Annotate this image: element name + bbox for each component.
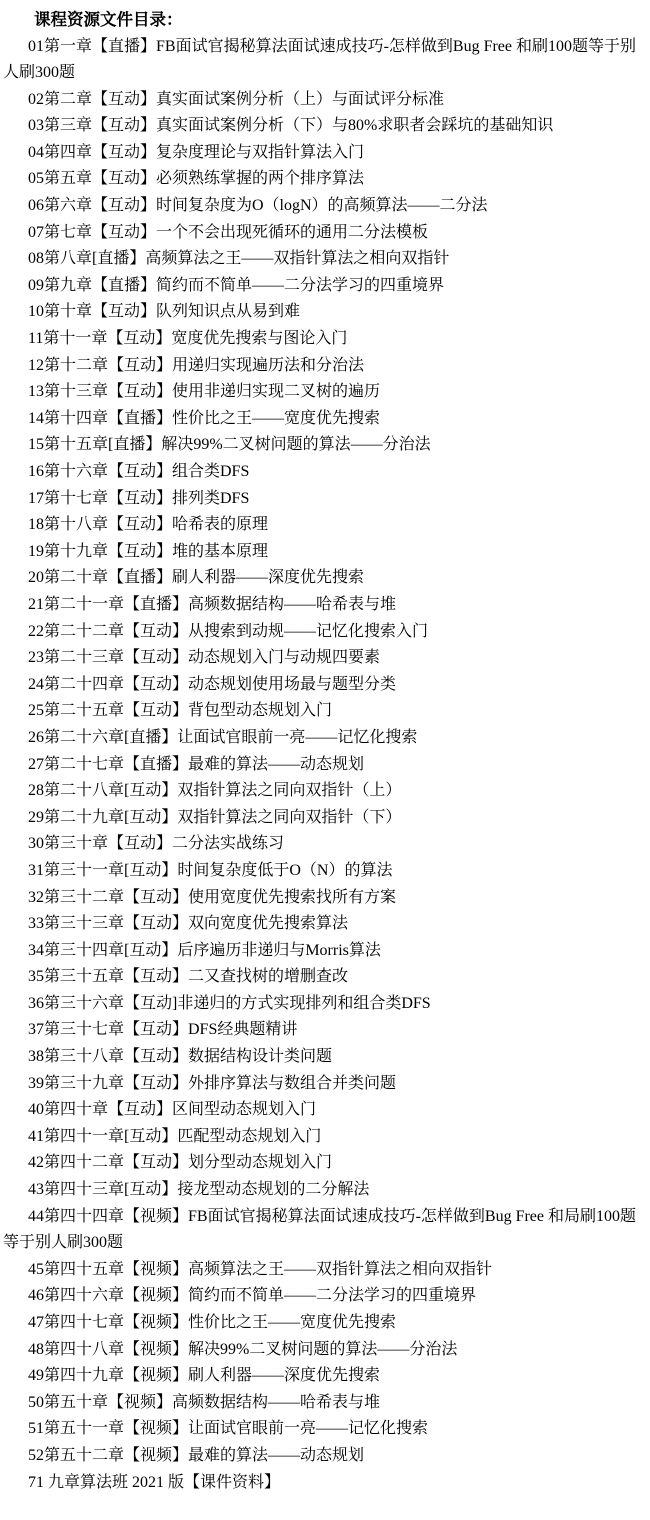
toc-item: 45第四十五章【视频】高频算法之王——双指针算法之相向双指针 [3, 1257, 646, 1284]
toc-item: 32第三十二章【互动】使用宽度优先搜索找所有方案 [3, 885, 646, 912]
toc-item: 14第十四章【直播】性价比之王——宽度优先搜索 [3, 406, 646, 433]
toc-item: 12第十二章【互动】用递归实现遍历法和分治法 [3, 353, 646, 380]
toc-item: 71 九章算法班 2021 版【课件资料】 [3, 1470, 646, 1497]
toc-item: 13第十三章【互动】使用非递归实现二叉树的遍历 [3, 379, 646, 406]
toc-item: 35第三十五章【互动】二又查找树的增删查改 [3, 964, 646, 991]
toc-item: 28第二十八章[互动】双指针算法之同向双指针（上） [3, 778, 646, 805]
toc-item: 17第十七章【互动】排列类DFS [3, 486, 646, 513]
toc-item: 47第四十七章【视频】性价比之王——宽度优先搜索 [3, 1310, 646, 1337]
toc-item: 49第四十九章【视频】刷人利器——深度优先搜索 [3, 1363, 646, 1390]
toc-item: 40第四十章【互动】区间型动态规划入门 [3, 1097, 646, 1124]
toc-item: 07第七章【互动】一个不会出现死循环的通用二分法模板 [3, 220, 646, 247]
toc-item: 50第五十章【视频】高频数据结构——哈希表与堆 [3, 1390, 646, 1417]
toc-item: 37第三十七章【互动】DFS经典题精讲 [3, 1017, 646, 1044]
toc-item: 16第十六章【互动】组合类DFS [3, 459, 646, 486]
toc-item: 19第十九章【互动】堆的基本原理 [3, 539, 646, 566]
toc-item: 08第八章[直播】高频算法之王——双指针算法之相向双指针 [3, 246, 646, 273]
toc-item: 24第二十四章【互动】动态规划使用场最与题型分类 [3, 672, 646, 699]
toc-item: 42第四十二章【互动】划分型动态规划入门 [3, 1150, 646, 1177]
toc-item: 04第四章【互动】复杂度理论与双指针算法入门 [3, 140, 646, 167]
toc-item: 20第二十章【直播】刷人利器——深度优先搜索 [3, 565, 646, 592]
toc-item: 33第三十三章【互动】双向宽度优先搜索算法 [3, 911, 646, 938]
toc-item: 44第四十四章【视频】FB面试官揭秘算法面试速成技巧-怎样做到Bug Free … [3, 1204, 646, 1257]
toc-item: 38第三十八章【互动】数据结构设计类问题 [3, 1044, 646, 1071]
toc-item: 41第四十一章[互动】匹配型动态规划入门 [3, 1124, 646, 1151]
toc-item: 26第二十六章[直播】让面试官眼前一亮——记忆化搜索 [3, 725, 646, 752]
toc-item: 31第三十一章[互动】时间复杂度低于O（N）的算法 [3, 858, 646, 885]
toc-item: 39第三十九章【互动】外排序算法与数组合并类问题 [3, 1071, 646, 1098]
toc-item: 11第十一章【互动】宽度优先搜索与图论入门 [3, 326, 646, 353]
page-title: 课程资源文件目录： [3, 7, 646, 34]
toc-item: 46第四十六章【视频】简约而不简单——二分法学习的四重境界 [3, 1283, 646, 1310]
toc-item: 27第二十七章【直播】最难的算法——动态规划 [3, 752, 646, 779]
toc-item: 25第二十五章【互动】背包型动态规划入门 [3, 698, 646, 725]
toc-item: 02第二章【互动】真实面试案例分析（上）与面试评分标准 [3, 87, 646, 114]
toc-item: 15第十五章[直播】解决99%二叉树问题的算法——分治法 [3, 432, 646, 459]
toc-item: 22第二十二章【互动】从搜索到动规——记忆化搜索入门 [3, 619, 646, 646]
toc-item: 51第五十一章【视频】让面试官眼前一亮——记忆化搜索 [3, 1416, 646, 1443]
toc-item: 29第二十九章[互动】双指针算法之同向双指针（下） [3, 805, 646, 832]
toc-item: 03第三章【互动】真实面试案例分析（下）与80%求职者会踩坑的基础知识 [3, 113, 646, 140]
toc-item: 48第四十八章【视频】解决99%二叉树问题的算法——分治法 [3, 1337, 646, 1364]
toc-item: 43第四十三章[互动】接龙型动态规划的二分解法 [3, 1177, 646, 1204]
toc-item: 23第二十三章【互动】动态规划入门与动规四要素 [3, 645, 646, 672]
toc-item: 30第三十章【互动】二分法实战练习 [3, 831, 646, 858]
toc-item: 34第三十四章[互动】后序遍历非递归与Morris算法 [3, 938, 646, 965]
toc-item: 06第六章【互动】时间复杂度为O（logN）的高频算法——二分法 [3, 193, 646, 220]
document-page: 课程资源文件目录： 01第一章【直播】FB面试官揭秘算法面试速成技巧-怎样做到B… [0, 0, 650, 1520]
toc-item: 05第五章【互动】必须熟练掌握的两个排序算法 [3, 166, 646, 193]
toc-item: 10第十章【互动】队列知识点从易到难 [3, 299, 646, 326]
toc-item: 36第三十六章【互动]非递归的方式实现排列和组合类DFS [3, 991, 646, 1018]
toc-list: 01第一章【直播】FB面试官揭秘算法面试速成技巧-怎样做到Bug Free 和刷… [3, 34, 646, 1497]
toc-item: 09第九章【直播】简约而不简单——二分法学习的四重境界 [3, 273, 646, 300]
toc-item: 18第十八章【互动】哈希表的原理 [3, 512, 646, 539]
toc-item: 21第二十一章【直播】高频数据结构——哈希表与堆 [3, 592, 646, 619]
toc-item: 01第一章【直播】FB面试官揭秘算法面试速成技巧-怎样做到Bug Free 和刷… [3, 34, 646, 87]
